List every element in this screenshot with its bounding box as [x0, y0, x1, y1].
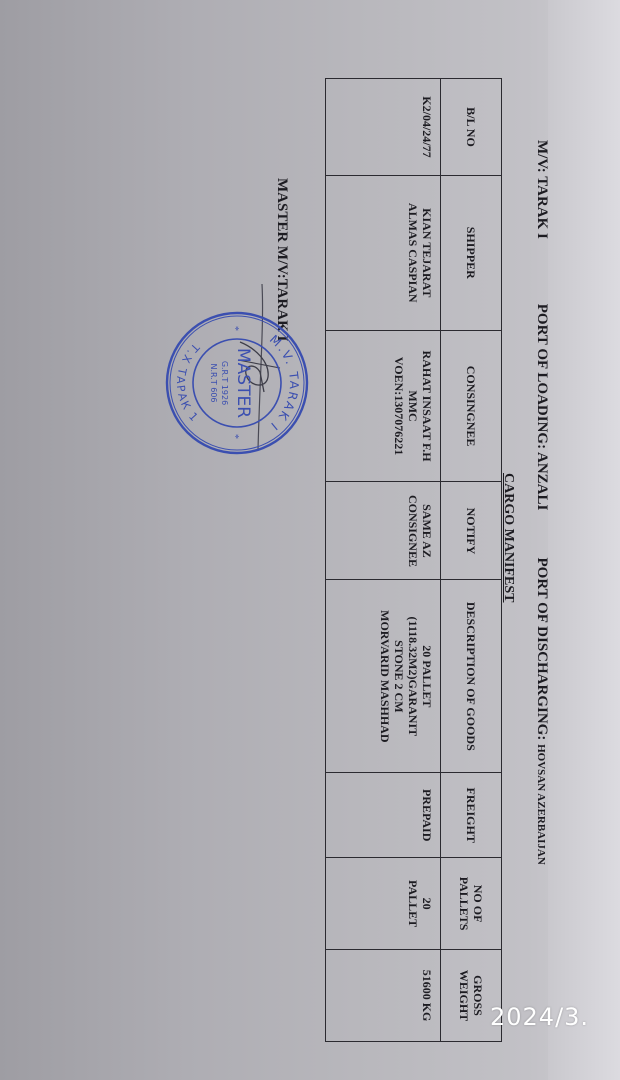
vessel-name: M/V: TARAK I	[533, 140, 550, 300]
pallets-line: PALLET	[406, 862, 420, 945]
cell-pallets: 20 PALLET	[326, 858, 441, 950]
shipper-line: ALMAS CASPIAN	[406, 180, 420, 326]
stamp-nrt: N.R.T 606	[209, 363, 218, 402]
header-freight: FREIGHT	[441, 773, 502, 858]
manifest-table: B/L NO SHIPPER CONSINGNEE NOTIFY DESCRIP…	[325, 78, 502, 1042]
port-of-loading: PORT OF LOADING: ANZALI	[533, 304, 550, 554]
svg-text:*: *	[229, 434, 240, 439]
cell-consignee: RAHAT INSAAT F.H MMC VOEN:1307076221	[326, 330, 441, 482]
stamp-grt: G.R.T 1926	[220, 361, 229, 405]
cargo-manifest-document: M/V: TARAK I PORT OF LOADING: ANZALI POR…	[0, 60, 560, 1060]
shipper-line: KIAN TEJARAT	[420, 180, 434, 326]
cell-shipper: KIAN TEJARAT ALMAS CASPIAN	[326, 175, 441, 330]
svg-text:*: *	[229, 326, 240, 331]
description-line: STONE 2 CM	[392, 584, 406, 768]
description-line: (1118.32M2)GARANIT	[406, 584, 420, 768]
pallets-line: 20	[420, 862, 434, 945]
table-header-row: B/L NO SHIPPER CONSINGNEE NOTIFY DESCRIP…	[441, 79, 502, 1042]
header-pallets: NO OF PALLETS	[441, 858, 502, 950]
notify-line: CONSIGNEE	[406, 486, 420, 575]
photo-timestamp: 2024/3.	[490, 1003, 589, 1031]
manifest-title: CARGO MANIFEST	[500, 473, 516, 603]
header-bl-no: B/L NO	[441, 79, 502, 176]
header-line: M/V: TARAK I PORT OF LOADING: ANZALI POR…	[533, 140, 550, 1040]
stamp-center: MASTER	[233, 348, 253, 418]
table-row: K2/04/24/77 KIAN TEJARAT ALMAS CASPIAN R…	[326, 79, 441, 1042]
description-line: 20 PALLET	[420, 584, 434, 768]
cell-gross-weight: 51600 KG	[326, 950, 441, 1042]
port-of-discharging-label: PORT OF DISCHARGING:	[533, 558, 550, 741]
master-stamp-icon: M.V. TARAK I Т.Х ТАРАК 1 * * MASTER G.R.…	[162, 308, 312, 458]
cell-freight: PREPAID	[326, 773, 441, 858]
header-description: DESCRIPTION OF GOODS	[441, 580, 502, 773]
description-line: MORVARID MASHHAD	[378, 584, 392, 768]
cell-bl-no: K2/04/24/77	[326, 79, 441, 176]
header-shipper: SHIPPER	[441, 175, 502, 330]
notify-line: SAME AZ	[420, 486, 434, 575]
consignee-line: MMC	[406, 335, 420, 478]
port-of-discharging-value: HOVSAN AZERBAIJAN	[535, 744, 547, 865]
header-notify: NOTIFY	[441, 482, 502, 580]
cell-description: 20 PALLET (1118.32M2)GARANIT STONE 2 CM …	[326, 580, 441, 773]
cell-notify: SAME AZ CONSIGNEE	[326, 482, 441, 580]
svg-text:Т.Х ТАРАК 1: Т.Х ТАРАК 1	[174, 340, 203, 425]
consignee-line: RAHAT INSAAT F.H	[420, 335, 434, 478]
consignee-line: VOEN:1307076221	[392, 335, 406, 478]
stamp-outer-bottom: Т.Х ТАРАК 1	[174, 340, 203, 425]
header-consignee: CONSINGNEE	[441, 330, 502, 482]
